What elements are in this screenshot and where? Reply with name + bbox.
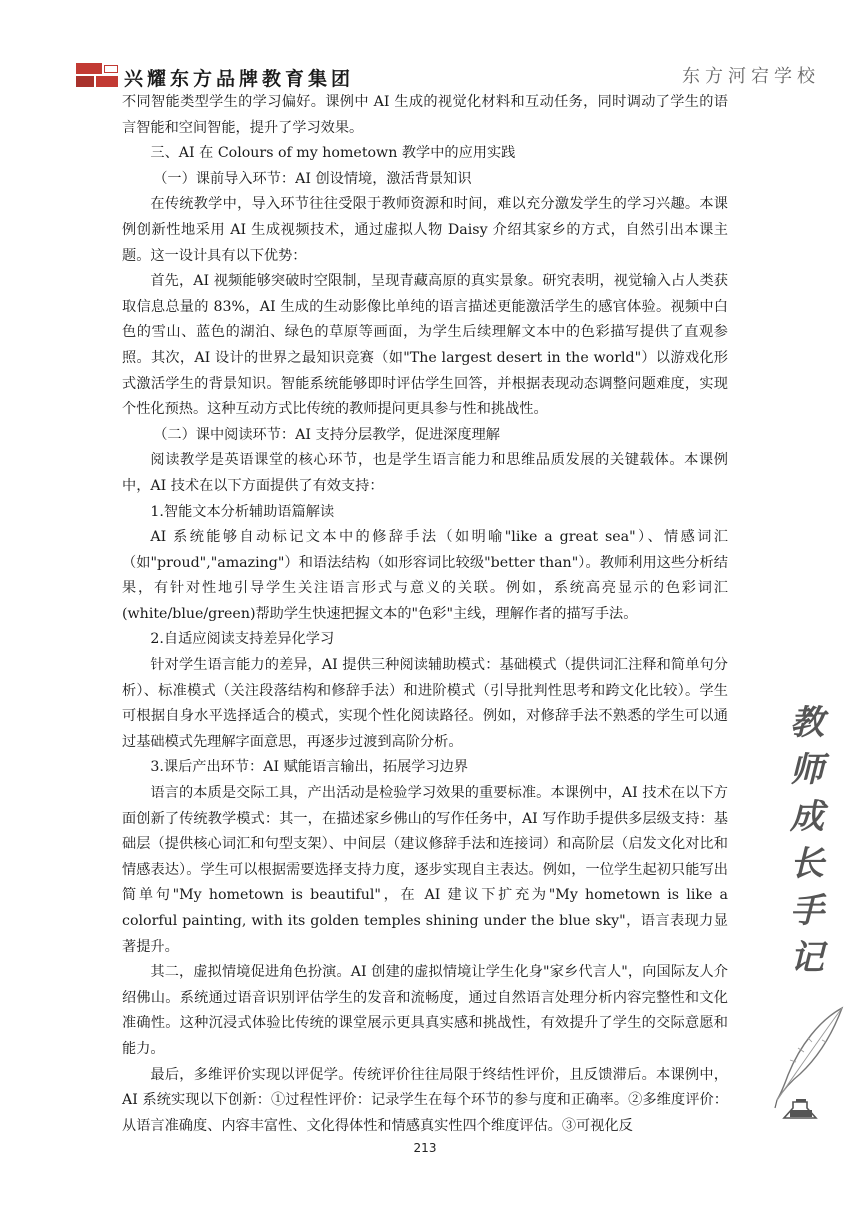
subsection-heading: （二）课中阅读环节：AI 支持分层教学，促进深度理解 [122,423,728,449]
school-name: 东方河宕学校 [682,62,820,88]
paragraph: 其二，虚拟情境促进角色扮演。AI 创建的虚拟情境让学生化身"家乡代言人"，向国际… [122,960,728,1062]
paragraph: 针对学生语言能力的差异，AI 提供三种阅读辅助模式：基础模式（提供词汇注释和简单… [122,653,728,755]
paragraph: 语言的本质是交际工具，产出活动是检验学习效果的重要标准。本课例中，AI 技术在以… [122,781,728,960]
paragraph: 首先，AI 视频能够突破时空限制，呈现青藏高原的真实景象。研究表明，视觉输入占人… [122,269,728,423]
brand-logo-icon [76,63,118,87]
page-number: 213 [0,1141,850,1155]
article-body: 不同智能类型学生的学习偏好。课例中 AI 生成的视觉化材料和互动任务，同时调动了… [122,90,728,1139]
quill-inkwell-icon [760,1000,850,1130]
sidebar-char: 成 [790,794,824,841]
sidebar-char: 记 [790,935,824,982]
subsection-heading: （一）课前导入环节：AI 创设情境，激活背景知识 [122,167,728,193]
paragraph-continuation: 不同智能类型学生的学习偏好。课例中 AI 生成的视觉化材料和互动任务，同时调动了… [122,90,728,141]
section-heading: 三、AI 在 Colours of my hometown 教学中的应用实践 [122,141,728,167]
sidebar-calligraphy-title: 教 师 成 长 手 记 [782,700,832,982]
brand-name: 兴耀东方品牌教育集团 [124,64,354,91]
sidebar-char: 手 [790,888,824,935]
sidebar-char: 师 [790,747,824,794]
page-header: 兴耀东方品牌教育集团 东方河宕学校 [0,0,850,90]
numbered-heading: 3.课后产出环节：AI 赋能语言输出，拓展学习边界 [122,755,728,781]
paragraph: 最后，多维评价实现以评促学。传统评价往往局限于终结性评价，且反馈滞后。本课例中，… [122,1063,728,1140]
sidebar-char: 长 [790,841,824,888]
numbered-heading: 2.自适应阅读支持差异化学习 [122,627,728,653]
paragraph: 在传统教学中，导入环节往往受限于教师资源和时间，难以充分激发学生的学习兴趣。本课… [122,192,728,269]
paragraph: AI 系统能够自动标记文本中的修辞手法（如明喻"like a great sea… [122,525,728,627]
sidebar-char: 教 [790,700,824,747]
paragraph: 阅读教学是英语课堂的核心环节，也是学生语言能力和思维品质发展的关键载体。本课例中… [122,448,728,499]
numbered-heading: 1.智能文本分析辅助语篇解读 [122,500,728,526]
